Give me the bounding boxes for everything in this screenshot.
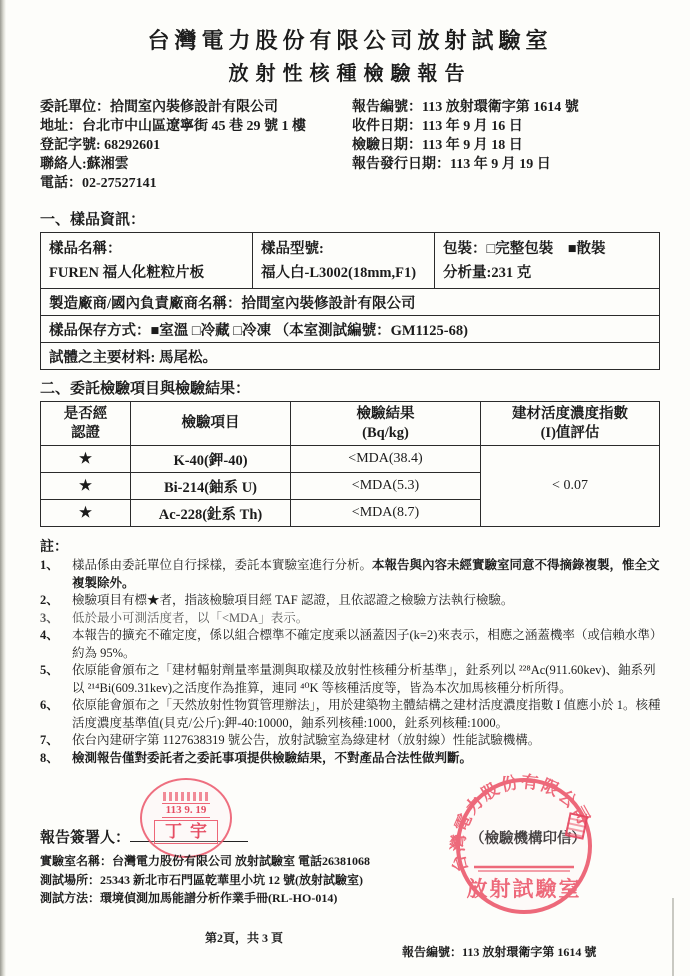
- scan-artifact-line: [672, 898, 674, 976]
- scan-edge-shadow: [0, 0, 6, 976]
- seal-signer-name: 丁宇: [154, 820, 218, 844]
- col-index-header: 建材活度濃度指數 (I)值評估: [481, 402, 660, 446]
- report-number-line: 報告編號：113 放射環衛字第 1614 號: [352, 98, 660, 117]
- signer-seal-stamp: 113 9. 19 丁宇: [140, 778, 232, 858]
- agency-seal-bottom-text: 放射試驗室: [467, 877, 582, 901]
- client-info-column: 委託單位：拾間室內裝修設計有限公司 地址：台北市中山區遼寧街 45 巷 29 號…: [40, 98, 340, 193]
- page-number-footer: 第2頁，共 3 頁: [205, 929, 283, 946]
- certified-star: ★: [41, 473, 131, 500]
- note-number: 3、: [40, 610, 72, 628]
- note-number: 1、: [40, 557, 72, 592]
- note-text-normal: 低於最小可測活度者，以「<MDA」表示。: [72, 611, 308, 625]
- activity-index-value: < 0.07: [481, 446, 660, 527]
- note-item: 5、 依原能會頒布之「建材輻射劑量率量測與取樣及放射性核種分析基準」，釷系列以 …: [40, 662, 662, 697]
- sample-packaging-cell: 包裝：□完整包裝 ■散裝 分析量:231 克: [435, 233, 660, 289]
- note-text-normal: 依原能會頒布之「建材輻射劑量率量測與取樣及放射性核種分析基準」，釷系列以 ²²⁸…: [72, 663, 656, 695]
- sample-model-cell: 樣品型號: 福人白-L3002(18mm,F1): [253, 233, 435, 289]
- main-material-row: 試體之主要材料: 馬尾松。: [41, 343, 660, 370]
- client-address-line: 地址：台北市中山區遼寧街 45 巷 29 號 1 樓: [40, 117, 340, 136]
- client-unit-line: 委託單位：拾間室內裝修設計有限公司: [40, 98, 340, 117]
- test-item: Ac-228(釷系 Th): [131, 500, 291, 527]
- note-number: 2、: [40, 592, 72, 610]
- test-result: <MDA(8.7): [291, 500, 481, 527]
- client-registration-line: 登記字號: 68292601: [40, 136, 340, 155]
- agency-seal-stamp: 台灣電力股份有限公司 放射試驗室: [448, 770, 600, 922]
- notes-section: 註： 1、 樣品係由委託單位自行採樣，委託本實驗室進行分析。本報告與內容未經實驗…: [40, 538, 662, 767]
- test-result: <MDA(5.3): [291, 473, 481, 500]
- note-text: 本報告的擴充不確定度，係以組合標準不確定度乘以涵蓋因子(k=2)來表示，相應之涵…: [72, 627, 662, 662]
- note-item: 4、 本報告的擴充不確定度，係以組合標準不確定度乘以涵蓋因子(k=2)來表示，相…: [40, 627, 662, 662]
- note-text: 檢驗項目有標★者，指該檢驗項目經 TAF 認證，且依認證之檢驗方法執行檢驗。: [72, 592, 662, 610]
- report-page: 台灣電力股份有限公司放射試驗室 放射性核種檢驗報告 委託單位：拾間室內裝修設計有…: [0, 0, 690, 976]
- storage-method-row: 樣品保存方式：■室溫 □冷藏 □冷凍 （本室測試編號：GM1125-68): [41, 316, 660, 343]
- lab-name-line: 實驗室名稱：台灣電力股份有限公司 放射試驗室 電話26381068: [40, 852, 370, 871]
- note-text-normal: 依原能會頒布之「天然放射性物質管理辦法」，用於建築物主體結構之建材活度濃度指數 …: [72, 698, 661, 730]
- note-text: 樣品係由委託單位自行採樣，委託本實驗室進行分析。本報告與內容未經實驗室同意不得摘…: [72, 557, 662, 592]
- note-number: 7、: [40, 732, 72, 750]
- seal-top-marks: [163, 792, 209, 801]
- certified-star: ★: [41, 446, 131, 473]
- note-item: 1、 樣品係由委託單位自行採樣，委託本實驗室進行分析。本報告與內容未經實驗室同意…: [40, 557, 662, 592]
- note-item: 2、 檢驗項目有標★者，指該檢驗項目經 TAF 認證，且依認證之檢驗方法執行檢驗…: [40, 592, 662, 610]
- issue-date-line: 報告發行日期：113 年 9 月 19 日: [352, 155, 660, 174]
- note-item: 3、 低於最小可測活度者，以「<MDA」表示。: [40, 610, 662, 628]
- report-number-footer: 報告編號：113 放射環衛字第 1614 號: [402, 943, 596, 960]
- note-text-bold: 檢測報告僅對委託者之委託事項提供檢驗結果，不對產品合法性做判斷。: [72, 751, 472, 765]
- note-text: 依原能會頒布之「天然放射性物質管理辦法」，用於建築物主體結構之建材活度濃度指數 …: [72, 697, 662, 732]
- note-text: 依原能會頒布之「建材輻射劑量率量測與取樣及放射性核種分析基準」，釷系列以 ²²⁸…: [72, 662, 662, 697]
- note-number: 8、: [40, 750, 72, 768]
- sample-section-heading: 一、樣品資訊：: [40, 210, 660, 230]
- signer-label: 報告簽署人：: [40, 830, 130, 846]
- test-item: K-40(鉀-40): [131, 446, 291, 473]
- received-date-line: 收件日期：113 年 9 月 16 日: [352, 117, 660, 136]
- note-text: 檢測報告僅對委託者之委託事項提供檢驗結果，不對產品合法性做判斷。: [72, 750, 662, 768]
- laboratory-info-block: 實驗室名稱：台灣電力股份有限公司 放射試驗室 電話26381068 測試場所：2…: [40, 852, 370, 908]
- col-certified-header: 是否經 認證: [41, 402, 131, 446]
- test-date-line: 檢驗日期：113 年 9 月 18 日: [352, 136, 660, 155]
- col-result-header: 檢驗結果 (Bq/kg): [291, 402, 481, 446]
- col-item-header: 檢驗項目: [131, 402, 291, 446]
- note-text-normal: 依台內建研字第 1127638319 號公告，放射試驗室為綠建材（放射線）性能試…: [72, 733, 540, 747]
- test-result: <MDA(38.4): [291, 446, 481, 473]
- note-number: 6、: [40, 697, 72, 732]
- manufacturer-row: 製造廠商/國內負責廠商名稱：拾間室內裝修設計有限公司: [41, 289, 660, 316]
- sample-model-label: 樣品型號:: [261, 237, 426, 261]
- sample-name-cell: 樣品名稱： FUREN 福人化粧粒片板: [41, 233, 253, 289]
- results-section-heading: 二、委託檢驗項目與檢驗結果：: [40, 379, 660, 399]
- note-text-normal: 樣品係由委託單位自行採樣，委託本實驗室進行分析。: [72, 558, 372, 572]
- note-number: 5、: [40, 662, 72, 697]
- note-text: 依台內建研字第 1127638319 號公告，放射試驗室為綠建材（放射線）性能試…: [72, 732, 662, 750]
- report-title-doc: 放射性核種檢驗報告: [40, 60, 660, 88]
- client-contact-line: 聯絡人:蘇湘雲: [40, 155, 340, 174]
- note-item: 6、 依原能會頒布之「天然放射性物質管理辦法」，用於建築物主體結構之建材活度濃度…: [40, 697, 662, 732]
- table-row: ★ K-40(鉀-40) <MDA(38.4) < 0.07: [41, 446, 660, 473]
- note-item: 8、 檢測報告僅對委託者之委託事項提供檢驗結果，不對產品合法性做判斷。: [40, 750, 662, 768]
- report-title-org: 台灣電力股份有限公司放射試驗室: [40, 26, 660, 56]
- notes-heading: 註：: [40, 538, 662, 557]
- test-item: Bi-214(鈾系 U): [131, 473, 291, 500]
- note-item: 7、 依台內建研字第 1127638319 號公告，放射試驗室為綠建材（放射線）…: [40, 732, 662, 750]
- note-text-normal: 檢驗項目有標★者，指該檢驗項目經 TAF 認證，且依認證之檢驗方法執行檢驗。: [72, 593, 513, 607]
- note-text: 低於最小可測活度者，以「<MDA」表示。: [72, 610, 662, 628]
- sample-name-label: 樣品名稱：: [49, 237, 244, 261]
- sample-info-table: 樣品名稱： FUREN 福人化粧粒片板 樣品型號: 福人白-L3002(18mm…: [40, 232, 660, 370]
- note-number: 4、: [40, 627, 72, 662]
- seal-date: 113 9. 19: [162, 803, 211, 818]
- lab-method-line: 測試方法：環境偵測加馬能譜分析作業手冊(RL-HO-014): [40, 889, 370, 908]
- sample-name-value: FUREN 福人化粧粒片板: [49, 261, 244, 285]
- report-meta-column: 報告編號：113 放射環衛字第 1614 號 收件日期：113 年 9 月 16…: [340, 98, 660, 193]
- report-info-block: 委託單位：拾間室內裝修設計有限公司 地址：台北市中山區遼寧街 45 巷 29 號…: [40, 98, 660, 193]
- certified-star: ★: [41, 500, 131, 527]
- lab-location-line: 測試場所：25343 新北市石門區乾華里小坑 12 號(放射試驗室): [40, 871, 370, 890]
- analysis-amount-line: 分析量:231 克: [443, 261, 651, 285]
- test-results-table: 是否經 認證 檢驗項目 檢驗結果 (Bq/kg) 建材活度濃度指數 (I)值評估…: [40, 401, 660, 527]
- client-phone-line: 電話：02-27527141: [40, 174, 340, 193]
- packaging-checkboxes-line: 包裝：□完整包裝 ■散裝: [443, 237, 651, 261]
- sample-model-value: 福人白-L3002(18mm,F1): [261, 261, 426, 285]
- note-text-normal: 本報告的擴充不確定度，係以組合標準不確定度乘以涵蓋因子(k=2)來表示，相應之涵…: [72, 628, 656, 660]
